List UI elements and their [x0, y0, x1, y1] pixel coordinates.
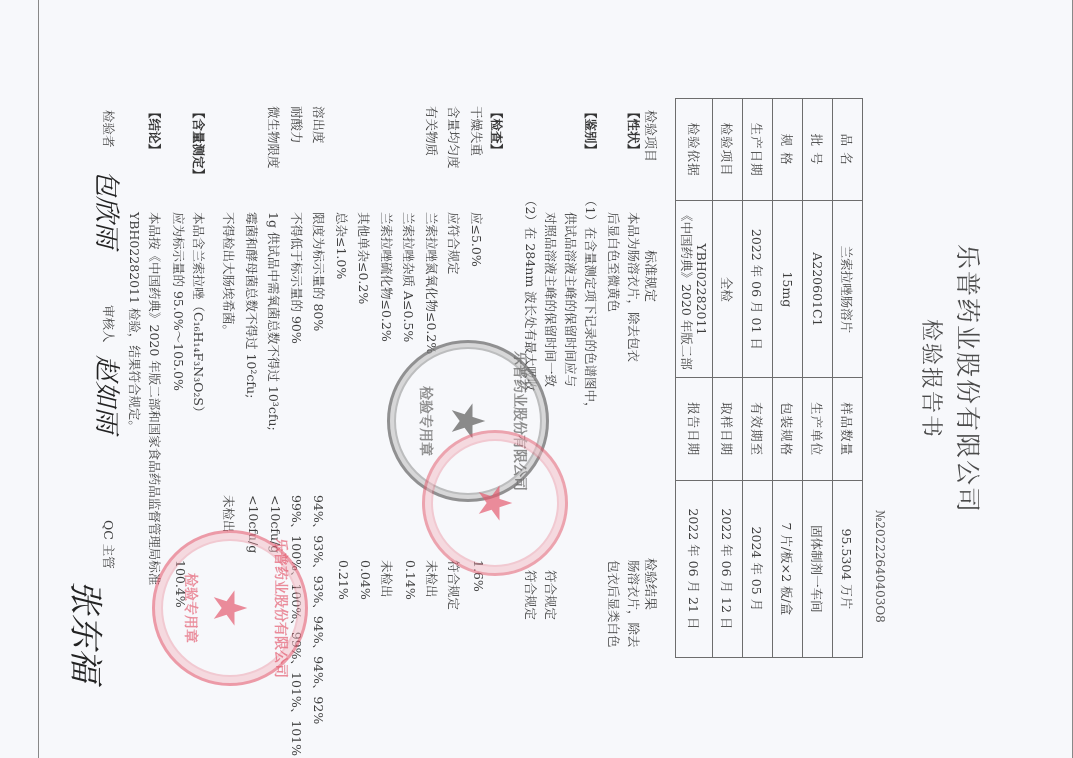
test-name: 有关物质: [423, 106, 441, 156]
info-label: 生产单位: [803, 378, 833, 480]
info-label: 有效期至: [743, 378, 773, 480]
test-result: 未检出: [378, 560, 396, 598]
test-standard: 兰索拉唑硫化物≤0.2%: [378, 212, 396, 342]
test-name: 耐酸力: [288, 106, 306, 144]
test-standard: 不得低于标示量的 90%: [288, 212, 306, 344]
info-value: 2022 年 06 月 12 日: [713, 480, 743, 657]
test-standard: 霉菌和酵母菌总数不得过 10²cfu;: [243, 212, 261, 398]
inspection-report-page: 乐普药业股份有限公司 检验报告书 №20222640403O8 品 名兰索拉唑肠…: [0, 0, 1073, 758]
test-standard: 其他单杂≤0.2%: [356, 212, 374, 304]
info-label: 取样日期: [713, 378, 743, 480]
info-label: 品 名: [833, 99, 863, 201]
column-result-header: 检验结果: [642, 558, 661, 610]
info-value: 15mg: [773, 201, 803, 378]
test-standard: 1g 供试品中需氧菌总数不得过 10³cfu;: [266, 212, 284, 431]
test-standard: 不得检出大肠埃希菌。: [221, 212, 239, 337]
appearance-standard-2: 后显白色至微黄色: [605, 212, 623, 312]
section-identification-title: 【鉴别】: [582, 106, 600, 156]
page-bottom-edge: [38, 0, 39, 758]
reviewer-label: 审核人: [100, 305, 118, 343]
test-name: 干燥失重: [468, 106, 486, 156]
qc-supervisor-signature: 张东福: [64, 580, 113, 682]
info-label: 生产日期: [743, 99, 773, 201]
info-value: 2022 年 06 月 01 日: [743, 201, 773, 378]
info-label: 检验项目: [713, 99, 743, 201]
red-inspection-seal-top: ★: [422, 430, 568, 576]
info-row: 品 名兰索拉唑肠溶片样品数量95.5304 万片: [833, 99, 863, 658]
assay-standard-2: 应为标示量的 95.0%～105.0%: [170, 212, 188, 391]
info-value: YBH02282011《中国药典》2020 年版二部: [676, 201, 713, 378]
info-label: 报告日期: [676, 378, 713, 480]
identification-standard-3: 对照品溶液主峰的保留时间一致: [542, 212, 560, 387]
info-value: 固体制剂一车间: [803, 480, 833, 657]
reviewer-signature: 赵如雨: [90, 355, 127, 433]
test-standard: 兰索拉唑杂质 A≤0.5%: [401, 212, 419, 342]
qc-supervisor-label: QC 主管: [100, 520, 118, 569]
info-value: A220601C1: [803, 201, 833, 378]
section-conclusion-title: 【结论】: [146, 106, 164, 156]
section-tests-title: 【检查】: [488, 106, 506, 156]
appearance-result-1: 肠溶衣片，除去: [625, 560, 643, 648]
identification-standard-2: 供试品溶液主峰的保留时间应与: [562, 212, 580, 387]
red-seal-inner-text: 检验专用章: [181, 533, 201, 683]
appearance-standard-1: 本品为肠溶衣片，除去包衣: [625, 212, 643, 362]
conclusion-text-2: YBH02282011 检验，结果符合规定。: [126, 212, 144, 433]
assay-standard-1: 本品含兰索拉唑（C₁₆H₁₄F₃N₃O₂S）: [190, 212, 208, 418]
info-value: 兰索拉唑肠溶片: [833, 201, 863, 378]
identification-standard-1: （1）在含量测定项下记录的色谱图中，: [582, 194, 600, 414]
test-result: 未检出: [423, 560, 441, 598]
info-label: 规 格: [773, 99, 803, 201]
star-icon: ★: [207, 587, 253, 628]
inspector-label: 检验者: [100, 110, 118, 148]
info-label: 包装规格: [773, 378, 803, 480]
info-value: 7 片/板×2 板/盒: [773, 480, 803, 657]
info-value: 2022 年 06 月 21 日: [676, 480, 713, 657]
test-result: 0.21%: [336, 560, 351, 600]
info-value: 全检: [713, 201, 743, 378]
info-value: 2024 年 05 月: [743, 480, 773, 657]
info-value: 95.5304 万片: [833, 480, 863, 657]
serial-number: №20222640403O8: [873, 510, 887, 623]
conclusion-text-1: 本品按《中国药典》2020 年版二部和国家食品药品监督管理局标准: [146, 212, 164, 585]
test-name: 微生物限度: [266, 106, 284, 169]
section-assay-title: 【含量测定】: [190, 106, 208, 181]
company-name: 乐普药业股份有限公司: [951, 0, 987, 758]
info-row: 规 格15mg包装规格7 片/板×2 板/盒: [773, 99, 803, 658]
section-appearance-title: 【性状】: [625, 106, 643, 156]
test-standard: 限度为标示量的 80%: [311, 212, 329, 331]
info-row: 检验项目全检取样日期2022 年 06 月 12 日: [713, 99, 743, 658]
test-result: 94%、93%、93%、94%、94%、92%: [311, 495, 329, 724]
column-standard-header: 标准规定: [642, 250, 661, 302]
test-standard: 总杂≤1.0%: [333, 212, 351, 279]
test-name: 溶出度: [311, 106, 329, 144]
pharmacopoeia-ref: 《中国药典》2020 年版二部: [679, 205, 694, 373]
info-label: 样品数量: [833, 378, 863, 480]
info-row: 生产日期2022 年 06 月 01 日有效期至2024 年 05 月: [743, 99, 773, 658]
test-result: 0.14%: [404, 560, 419, 600]
column-item-header: 检验项目: [642, 110, 661, 162]
appearance-result-2: 包衣后显类白色: [605, 560, 623, 648]
product-info-table: 品 名兰索拉唑肠溶片样品数量95.5304 万片批 号A220601C1生产单位…: [675, 98, 863, 658]
identification-result-2: 符合规定: [522, 570, 540, 620]
info-label: 检验依据: [676, 99, 713, 201]
test-result: 0.04%: [359, 560, 374, 600]
test-result: 未检出: [221, 495, 239, 533]
test-name: 含量均匀度: [446, 106, 464, 169]
identification-result-1: 符合规定: [542, 570, 560, 620]
red-inspection-seal-bottom: 乐普药业股份有限公司 ★ 检验专用章: [152, 530, 308, 686]
red-seal-text: 乐普药业股份有限公司: [271, 533, 291, 683]
info-label: 批 号: [803, 99, 833, 201]
info-row: 检验依据YBH02282011《中国药典》2020 年版二部报告日期2022 年…: [676, 99, 713, 658]
test-standard: 应≤5.0%: [468, 212, 486, 267]
report-title: 检验报告书: [917, 0, 948, 758]
star-icon: ★: [472, 482, 518, 523]
standard-code: YBH02282011: [694, 205, 709, 373]
info-row: 批 号A220601C1生产单位固体制剂一车间: [803, 99, 833, 658]
inspector-signature: 包欣雨: [90, 170, 127, 248]
test-standard: 应符合规定: [446, 212, 464, 275]
test-standard: 兰索拉唑氮氧化物≤0.2%: [423, 212, 441, 354]
